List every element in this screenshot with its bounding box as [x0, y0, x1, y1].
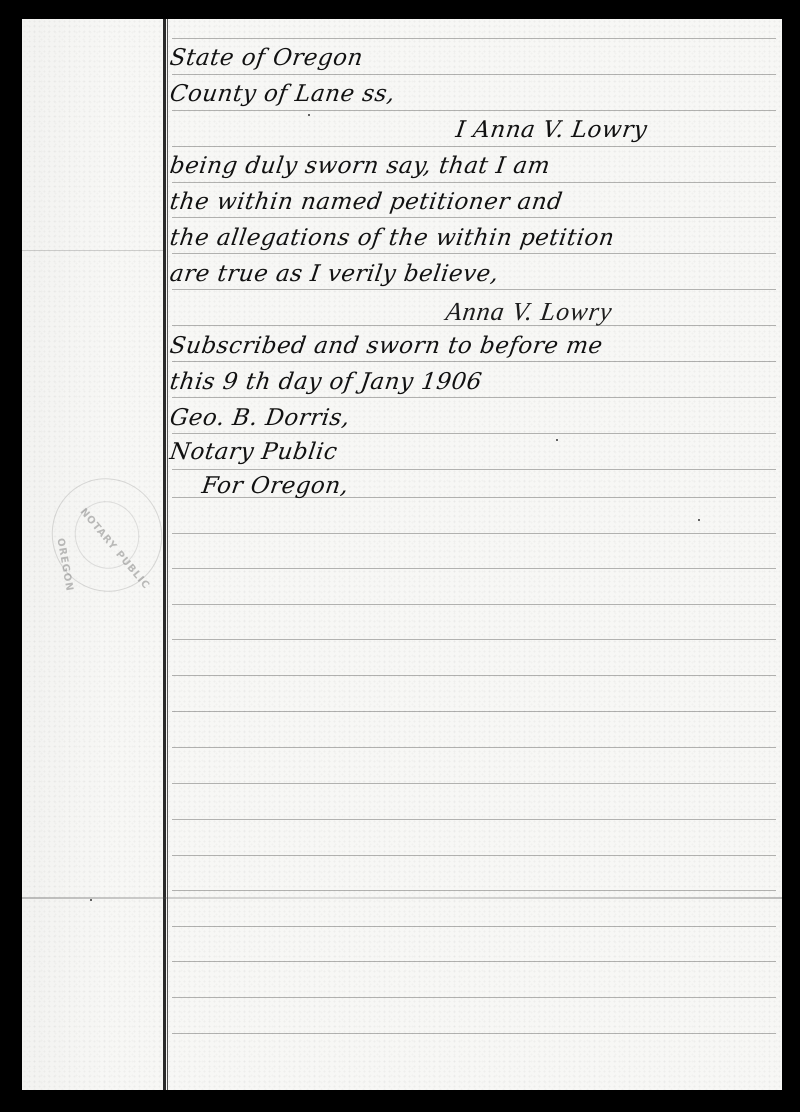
notary-title: Notary Public — [168, 439, 339, 465]
ruled-line — [172, 961, 776, 962]
notary-name: Geo. B. Dorris, — [168, 405, 351, 431]
jurat-line-1: Subscribed and sworn to before me — [168, 333, 604, 359]
scan-background: State of Oregon County of Lane ss, I Ann… — [0, 0, 800, 1112]
ruled-line — [172, 74, 776, 75]
paper-fold-line — [22, 897, 782, 899]
ink-speck — [90, 899, 92, 901]
ruled-line — [172, 783, 776, 784]
margin-rule — [163, 19, 166, 1090]
ruled-line — [172, 289, 776, 290]
ruled-line — [172, 38, 776, 39]
ruled-line — [172, 639, 776, 640]
oath-line-1: being duly sworn say, that I am — [168, 153, 552, 179]
ruled-line — [172, 819, 776, 820]
ruled-line — [172, 253, 776, 254]
affiant-signature: Anna V. Lowry — [444, 297, 615, 327]
ruled-line — [172, 711, 776, 712]
ink-speck — [698, 519, 700, 521]
oath-line-2: the within named petitioner and — [168, 189, 564, 215]
ruled-line — [172, 397, 776, 398]
ruled-line — [172, 747, 776, 748]
jurat-date: this 9 th day of Jany 1906 — [168, 369, 483, 395]
venue-county: County of Lane ss, — [168, 81, 397, 107]
ruled-line — [172, 217, 776, 218]
ruled-line — [172, 997, 776, 998]
notary-jurisdiction: For Oregon, — [200, 473, 350, 499]
ruled-writing-area — [172, 19, 776, 1090]
ruled-line — [172, 926, 776, 927]
ruled-line — [172, 433, 776, 434]
ruled-line — [172, 469, 776, 470]
ruled-line — [172, 890, 776, 891]
margin-fold-line — [22, 250, 163, 251]
affiant-intro: I Anna V. Lowry — [454, 117, 649, 143]
ruled-line — [172, 568, 776, 569]
ruled-line — [172, 675, 776, 676]
ruled-line — [172, 1033, 776, 1034]
ruled-line — [172, 182, 776, 183]
ruled-line — [172, 855, 776, 856]
oath-line-3: the allegations of the within petition — [168, 225, 616, 251]
ruled-line — [172, 604, 776, 605]
ink-speck — [556, 439, 558, 441]
oath-line-4: are true as I verily believe, — [168, 261, 500, 287]
ink-speck — [308, 114, 310, 116]
ruled-line — [172, 146, 776, 147]
margin-rule-secondary — [167, 19, 168, 1090]
ruled-line — [172, 533, 776, 534]
venue-state: State of Oregon — [168, 45, 365, 71]
ruled-line — [172, 110, 776, 111]
document-page: State of Oregon County of Lane ss, I Ann… — [22, 19, 782, 1090]
ruled-line — [172, 361, 776, 362]
